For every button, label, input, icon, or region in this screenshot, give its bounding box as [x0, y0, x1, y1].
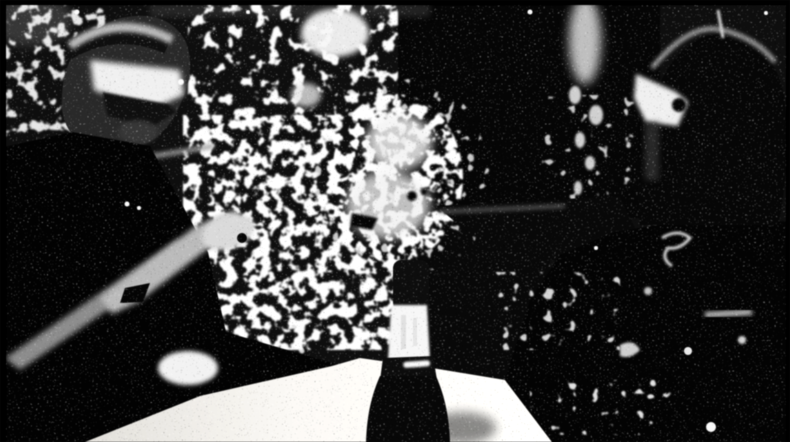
halftone-photograph: Grainy black-and-white photo of two men …	[0, 0, 790, 442]
frame-edge-right	[786, 0, 790, 442]
frame-edge-left	[0, 0, 6, 442]
photo-canvas	[0, 0, 790, 442]
frame-edge-top	[0, 0, 790, 5]
grain-overlay-black	[0, 0, 790, 442]
